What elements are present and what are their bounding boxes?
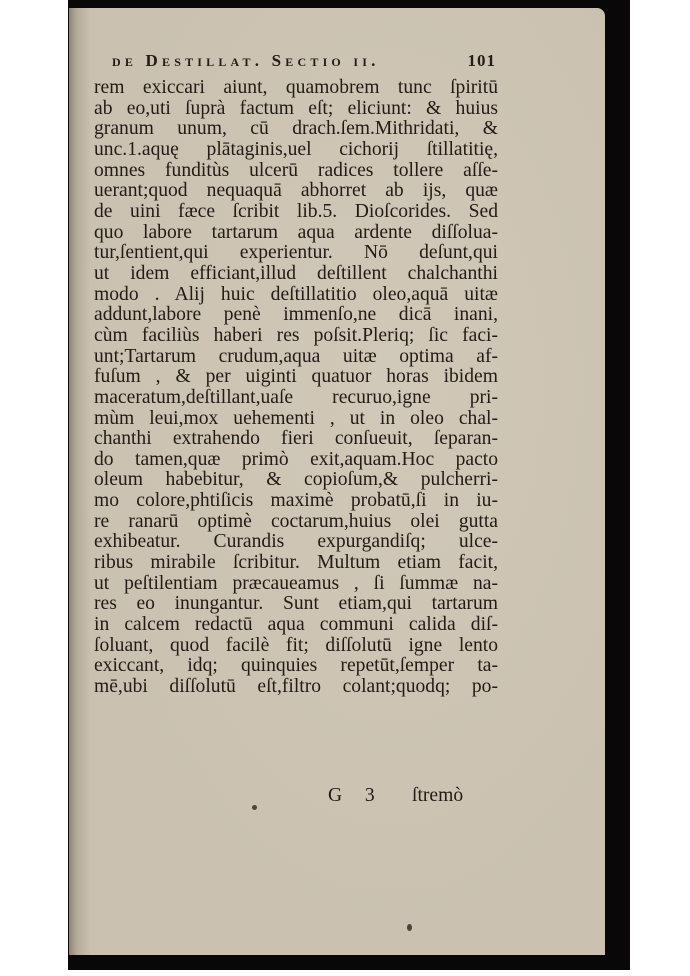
text-line: ribus mirabile ſcribitur. Multum etiam f… (94, 553, 498, 574)
text-line: res eo inungantur. Sunt etiam,qui tartar… (94, 594, 498, 615)
text-line: tur,ſentient,qui experientur. Nō deſunt,… (94, 243, 498, 264)
text-line: ſoluant, quod facilè fit; diſſolutū igne… (94, 636, 498, 657)
book-page: de Destillat. Sectio ii. 101 rem exiccar… (69, 8, 605, 955)
text-line: exhibeatur. Curandis expurgandiſq; ulce- (94, 532, 498, 553)
text-line: ut peſtilentiam præcaueamus , ſi ſummæ n… (94, 574, 498, 595)
text-line: granum unum, cū drach.ſem.Mithridati, & (94, 119, 498, 140)
text-line: fuſum , & per uiginti quatuor horas ibid… (94, 367, 498, 388)
text-line: modo . Alij huic deſtillatitio oleo,aquā… (94, 285, 498, 306)
signature-mark: G 3 (328, 785, 377, 807)
page-footer: G 3 ſtremò (94, 785, 498, 807)
text-line: addunt,labore penè immenſo,ne dicā inani… (94, 305, 498, 326)
text-line: exiccant, idq; quinquies repetūt,ſemper … (94, 656, 498, 677)
text-line: ab eo,uti ſuprà factum eſt; eliciunt: & … (94, 99, 498, 120)
ink-speck (252, 805, 257, 810)
text-line: unt;Tartarum crudum,aqua uitæ optima af- (94, 347, 498, 368)
ink-speck (407, 924, 412, 931)
text-line: chanthi extrahendo fieri conſueuit, ſepa… (94, 429, 498, 450)
scan-frame: de Destillat. Sectio ii. 101 rem exiccar… (68, 0, 630, 970)
text-line: omnes funditùs ulcerū radices tollere aſ… (94, 161, 498, 182)
text-line: de uini fæce ſcribit lib.5. Dioſcorides.… (94, 202, 498, 223)
text-line: quo labore tartarum aqua ardente diſſolu… (94, 223, 498, 244)
text-line: mo colore,phtiſicis maximè probatū,ſi in… (94, 491, 498, 512)
text-line: unc.1.aquę plātaginis,uel cichorij ſtill… (94, 140, 498, 161)
running-title: de Destillat. Sectio ii. (112, 51, 380, 71)
body-text: rem exiccari aiunt, quamobrem tunc ſpiri… (94, 78, 498, 698)
text-line: cùm faciliùs haberi res poſsit.Pleriq; ſ… (94, 326, 498, 347)
text-line: rem exiccari aiunt, quamobrem tunc ſpiri… (94, 78, 498, 99)
text-line: ut idem efficiant,illud deſtillent chalc… (94, 264, 498, 285)
page-header: de Destillat. Sectio ii. 101 (112, 51, 496, 73)
text-line: oleum habebitur, & copioſum,& pulcherri- (94, 470, 498, 491)
page-number: 101 (468, 51, 497, 71)
text-line: maceratum,deſtillant,uaſe recuruo,igne p… (94, 388, 498, 409)
catchword: ſtremò (412, 785, 463, 807)
text-line: in calcem redactū aqua communi calida di… (94, 615, 498, 636)
text-line: mē,ubi diſſolutū eſt,filtro colant;quodq… (94, 677, 498, 698)
text-line: do tamen,quæ primò exit,aquam.Hoc pacto (94, 450, 498, 471)
text-line: re ranarū optimè coctarum,huius olei gut… (94, 512, 498, 533)
text-line: uerant;quod nequaquā abhorret ab ijs, qu… (94, 181, 498, 202)
text-line: mùm leui,mox uehementi , ut in oleo chal… (94, 409, 498, 430)
